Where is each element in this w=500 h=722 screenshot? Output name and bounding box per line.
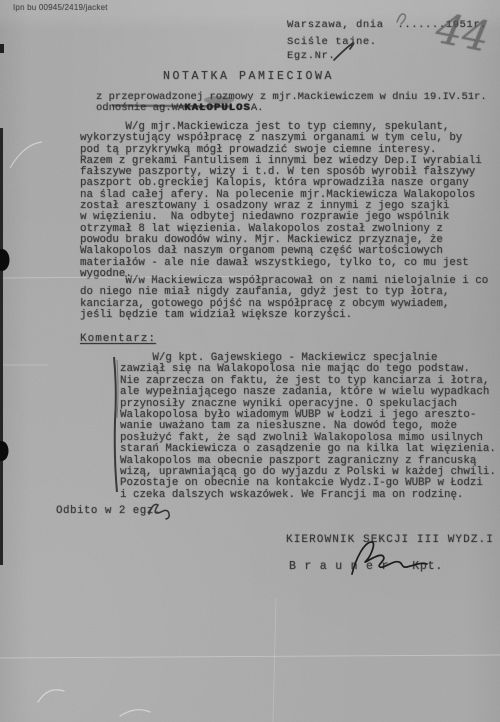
text-line: jeśli będzie tam widział większe korzyśc… [80, 310, 488, 321]
margin-pen-line [114, 357, 117, 492]
copy-number-label: Egz.Nr. [287, 50, 335, 62]
signer-name: B r a u n e r Kpt. [289, 560, 443, 573]
signer-title: KIEROWNIK SEKCJI III WYDZ.I [286, 534, 494, 546]
crease-line [0, 655, 500, 658]
scratch-mark [10, 142, 42, 168]
comment-paragraph: W/g kpt. Gajewskiego - Mackiewicz specja… [120, 353, 496, 501]
text-line: Walakopolos dał naszym organom pewną czę… [80, 246, 482, 257]
scratch-mark [38, 690, 150, 716]
text-line: do niego nie miał nigdy zaufania, gdyż j… [80, 287, 488, 298]
paragraph-1: W/g mjr.Mackiewicza jest to typ ciemny, … [80, 122, 482, 280]
copies-note: Odbito w 2 egz. [56, 505, 161, 517]
text-line: wykorzystujący współpracę z naszymi orga… [80, 133, 482, 144]
binder-hole [0, 249, 10, 271]
paragraph-2: W/w Mackiewicza współpracował on z nami … [80, 276, 488, 321]
text-line: w więzieniu. Na odbytej niedawno rozpraw… [80, 212, 482, 223]
text-line: ale wypełniającego nasze zadania, które … [120, 387, 496, 398]
margin-pen-line [117, 360, 118, 418]
secrecy-label: Sciśle tajne. [287, 36, 377, 48]
agent-codename-overstrike: KAŁOPULOS [184, 102, 251, 114]
pencil-page-number: 44 [432, 7, 492, 58]
subject-prefix: odnośnie ag.WA [96, 102, 184, 114]
scanned-document-page: Ipn bu 00945/2419/jacket Warszawa, dnia … [0, 0, 500, 722]
left-edge-mark [0, 44, 4, 53]
document-title: NOTATKA PAMIECIOWA [163, 70, 334, 83]
subject-suffix: A. [251, 102, 264, 114]
text-line: materiałów - ale nie dawał wszystkiego, … [80, 258, 482, 269]
text-line: starań Mackiewicza o zasądzenie go na ki… [120, 444, 496, 455]
subject-line-2: odnośnie ag.WAKAŁOPULOSA. [96, 102, 263, 114]
left-edge-shadow [0, 128, 3, 565]
comment-heading: Komentarz: [80, 333, 156, 345]
text-line: i czeka dalszych wskazówek. We Francji m… [120, 490, 496, 501]
binder-hole [0, 441, 9, 461]
crease-line [273, 598, 276, 722]
archive-reference-watermark: Ipn bu 00945/2419/jacket [13, 3, 108, 12]
